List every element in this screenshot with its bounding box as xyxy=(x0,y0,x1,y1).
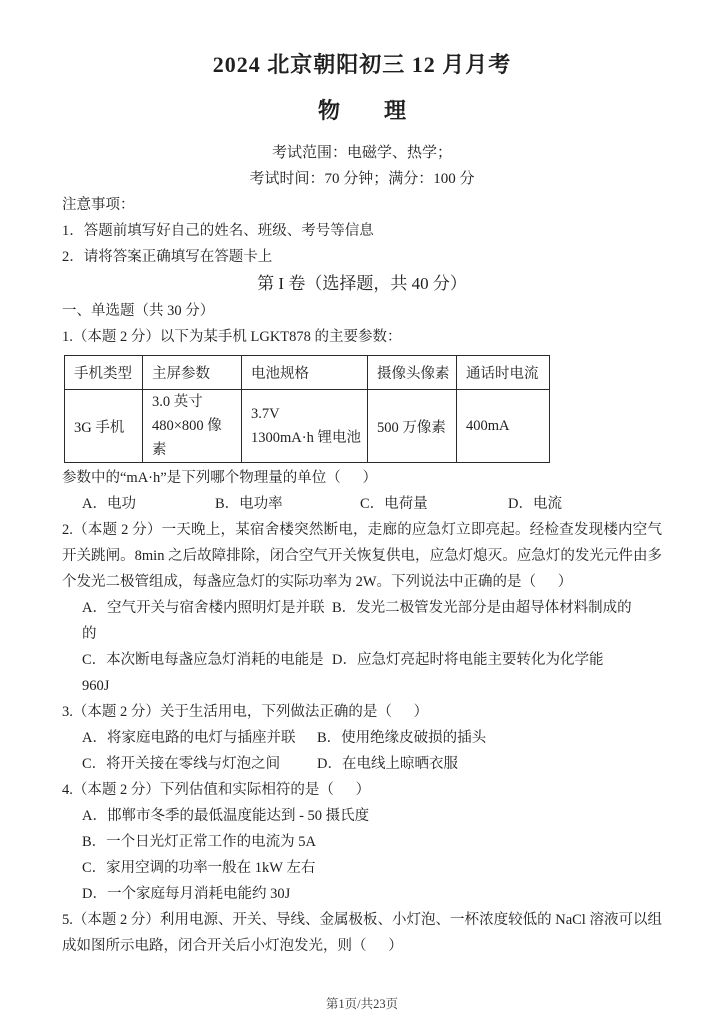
header-cell-camera: 摄像头像素 xyxy=(368,356,457,390)
q3-option-d: D．在电线上晾晒衣服 xyxy=(317,751,458,777)
note-item-2: 2．请将答案正确填写在答题卡上 xyxy=(62,244,662,270)
exam-document-page: { "header": { "title": "2024 北京朝阳初三 12 月… xyxy=(0,0,724,1024)
question-1-options: A．电功B．电功率C．电荷量D．电流 xyxy=(62,491,662,517)
question-1-prompt: 参数中的“mA·h”是下列哪个物理量的单位（ ） xyxy=(62,465,662,491)
table-header-row: 手机类型 主屏参数 电池规格 摄像头像素 通话时电流 xyxy=(65,356,550,390)
q2-option-c: C．本次断电每盏应急灯消耗的电能是 960J xyxy=(82,647,332,699)
cell-battery-voltage: 3.7V xyxy=(251,402,361,426)
q4-option-b: B．一个日光灯正常工作的电流为 5A xyxy=(62,829,662,855)
cell-current: 400mA xyxy=(457,390,550,463)
subsection-title-single-choice: 一、单选题（共 30 分） xyxy=(62,298,662,324)
q3-option-c: C．将开关接在零线与灯泡之间 xyxy=(82,751,317,777)
q1-option-d: D．电流 xyxy=(508,491,562,517)
cell-battery-capacity: 1300mA·h 锂电池 xyxy=(251,426,361,450)
notes-heading: 注意事项： xyxy=(62,192,662,218)
q1-option-c: C．电荷量 xyxy=(360,491,508,517)
question-5-stem: 5.（本题 2 分）利用电源、开关、导线、金属极板、小灯泡、一杯浓度较低的 Na… xyxy=(62,907,662,959)
phone-specs-table: 手机类型 主屏参数 电池规格 摄像头像素 通话时电流 3G 手机 3.0 英寸 … xyxy=(64,355,550,463)
note-item-1: 1．答题前填写好自己的姓名、班级、考号等信息 xyxy=(62,218,662,244)
question-1-stem: 1.（本题 2 分）以下为某手机 LGKT878 的主要参数： xyxy=(62,324,662,350)
exam-time-score: 考试时间：70 分钟；满分：100 分 xyxy=(62,166,662,192)
cell-camera: 500 万像素 xyxy=(368,390,457,463)
exam-title: 2024 北京朝阳初三 12 月月考 xyxy=(62,50,662,80)
question-3-stem: 3.（本题 2 分）关于生活用电，下列做法正确的是（ ） xyxy=(62,699,662,725)
q4-option-a: A．邯郸市冬季的最低温度能达到 - 50 摄氏度 xyxy=(62,803,662,829)
cell-screen-size: 3.0 英寸 xyxy=(152,390,235,414)
phone-specs-table-header: 手机类型 主屏参数 电池规格 摄像头像素 通话时电流 xyxy=(65,356,550,390)
header-cell-battery: 电池规格 xyxy=(242,356,368,390)
q2-option-a: A．空气开关与宿舍楼内照明灯是并联的 xyxy=(82,595,332,647)
q2-option-d: D．应急灯亮起时将电能主要转化为化学能 xyxy=(332,647,603,673)
header-cell-screen: 主屏参数 xyxy=(143,356,242,390)
exam-subject: 物 理 xyxy=(62,96,662,126)
q4-option-c: C．家用空调的功率一般在 1kW 左右 xyxy=(62,855,662,881)
page-number: 第1页/共23页 xyxy=(0,996,724,1012)
q1-option-a: A．电功 xyxy=(82,491,215,517)
header-cell-phone-type: 手机类型 xyxy=(65,356,143,390)
question-3-options-row2: C．将开关接在零线与灯泡之间D．在电线上晾晒衣服 xyxy=(62,751,662,777)
phone-specs-table-body: 3G 手机 3.0 英寸 480×800 像素 3.7V 1300mA·h 锂电… xyxy=(65,390,550,463)
question-2-options-row2: C．本次断电每盏应急灯消耗的电能是 960JD．应急灯亮起时将电能主要转化为化学… xyxy=(62,647,662,699)
question-3-options-row1: A．将家庭电路的电灯与插座并联B．使用绝缘皮破损的插头 xyxy=(62,725,662,751)
cell-screen-resolution: 480×800 像素 xyxy=(152,414,235,462)
section-title-part1: 第 I 卷（选择题，共 40 分） xyxy=(62,270,662,298)
q3-option-a: A．将家庭电路的电灯与插座并联 xyxy=(82,725,317,751)
cell-screen: 3.0 英寸 480×800 像素 xyxy=(143,390,242,463)
q2-option-b: B．发光二极管发光部分是由超导体材料制成的 xyxy=(332,595,632,621)
question-4-stem: 4.（本题 2 分）下列估值和实际相符的是（ ） xyxy=(62,777,662,803)
exam-scope: 考试范围：电磁学、热学； xyxy=(62,140,662,166)
question-2-stem: 2.（本题 2 分）一天晚上，某宿舍楼突然断电，走廊的应急灯立即亮起。经检查发现… xyxy=(62,517,662,595)
question-2-options-row1: A．空气开关与宿舍楼内照明灯是并联的B．发光二极管发光部分是由超导体材料制成的 xyxy=(62,595,662,647)
q1-option-b: B．电功率 xyxy=(215,491,360,517)
table-data-row: 3G 手机 3.0 英寸 480×800 像素 3.7V 1300mA·h 锂电… xyxy=(65,390,550,463)
cell-battery: 3.7V 1300mA·h 锂电池 xyxy=(242,390,368,463)
page-content: 2024 北京朝阳初三 12 月月考 物 理 考试范围：电磁学、热学； 考试时间… xyxy=(62,0,662,959)
cell-phone-type: 3G 手机 xyxy=(65,390,143,463)
header-cell-current: 通话时电流 xyxy=(457,356,550,390)
q3-option-b: B．使用绝缘皮破损的插头 xyxy=(317,725,486,751)
q4-option-d: D．一个家庭每月消耗电能约 30J xyxy=(62,881,662,907)
